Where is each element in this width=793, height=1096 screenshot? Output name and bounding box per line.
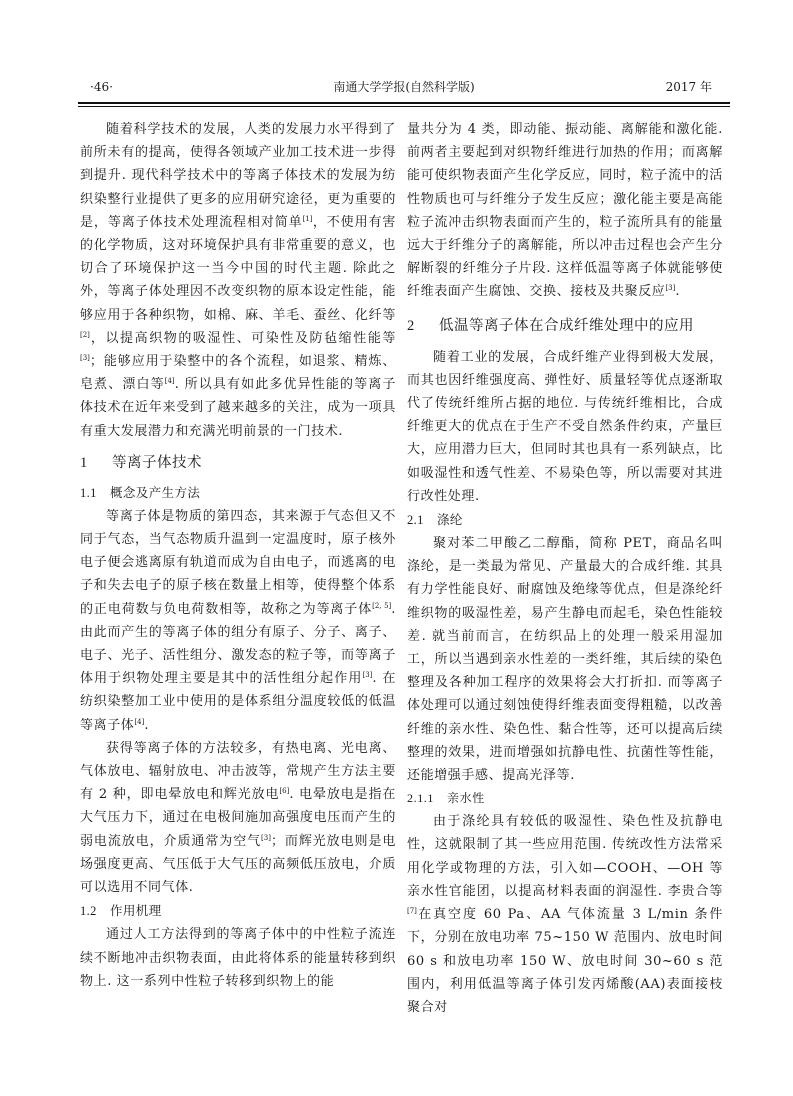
citation[interactable]: [1] (303, 215, 313, 223)
citation[interactable]: [3] (362, 671, 372, 679)
paragraph: 获得等离子体的方法较多，有热电离、光电离、气体放电、辐射放电、冲击波等，常规产生… (80, 737, 396, 899)
intro-paragraph: 随着科学技术的发展，人类的发展力水平得到了前所未有的提高，使得各领域产业加工技术… (80, 118, 396, 443)
citation[interactable]: [7] (407, 907, 417, 915)
citation[interactable]: [3] (261, 834, 271, 842)
citation[interactable]: [2, 5] (372, 602, 391, 610)
left-column: 随着科学技术的发展，人类的发展力水平得到了前所未有的提高，使得各领域产业加工技术… (80, 118, 396, 993)
page-header: ·46· 南通大学学报(自然科学版) 2017 年 (78, 78, 730, 96)
header-rule-thick (78, 102, 730, 104)
citation[interactable]: [2] (80, 331, 90, 339)
paragraph: 随着工业的发展，合成纤维产业得到极大发展，而其也因纤维强度高、弹性好、质量轻等优… (407, 346, 723, 508)
citation[interactable]: [3] (80, 354, 90, 362)
section-heading-2: 2低温等离子体在合成纤维处理中的应用 (407, 314, 723, 338)
citation[interactable]: [4] (134, 718, 144, 726)
paragraph: 聚对苯二甲酸乙二醇酯，简称 PET，商品名叫涤纶，是一类最为常见、产量最大的合成… (407, 532, 723, 787)
section-heading-2-1-1: 2.1.1亲水性 (407, 787, 723, 810)
paragraph: 由于涤纶具有较低的吸湿性、染色性及抗静电性，这就限制了其一些应用范围. 传统改性… (407, 810, 723, 1019)
section-heading-2-1: 2.1涤纶 (407, 508, 723, 532)
journal-year: 2017 年 (666, 78, 712, 95)
paragraph: 通过人工方法得到的等离子体中的中性粒子流连续不断地冲击织物表面，由此将体系的能量… (80, 923, 396, 993)
citation[interactable]: [4] (165, 377, 175, 385)
citation[interactable]: [6] (279, 787, 289, 795)
paragraph: 等离子体是物质的第四态，其来源于气态但又不同于气态，当气态物质升温到一定温度时，… (80, 505, 396, 737)
paragraph-continued: 量共分为 4 类，即动能、振动能、离解能和激化能. 前两者主要起到对织物纤维进行… (407, 118, 723, 304)
journal-title: 南通大学学报(自然科学版) (78, 78, 730, 95)
citation[interactable]: [3] (665, 284, 675, 292)
section-heading-1: 1等离子体技术 (80, 451, 396, 475)
right-column: 量共分为 4 类，即动能、振动能、离解能和激化能. 前两者主要起到对织物纤维进行… (407, 118, 723, 1019)
section-heading-1-1: 1.1概念及产生方法 (80, 481, 396, 505)
header-rule-thin (78, 106, 730, 107)
section-heading-1-2: 1.2作用机理 (80, 899, 396, 923)
